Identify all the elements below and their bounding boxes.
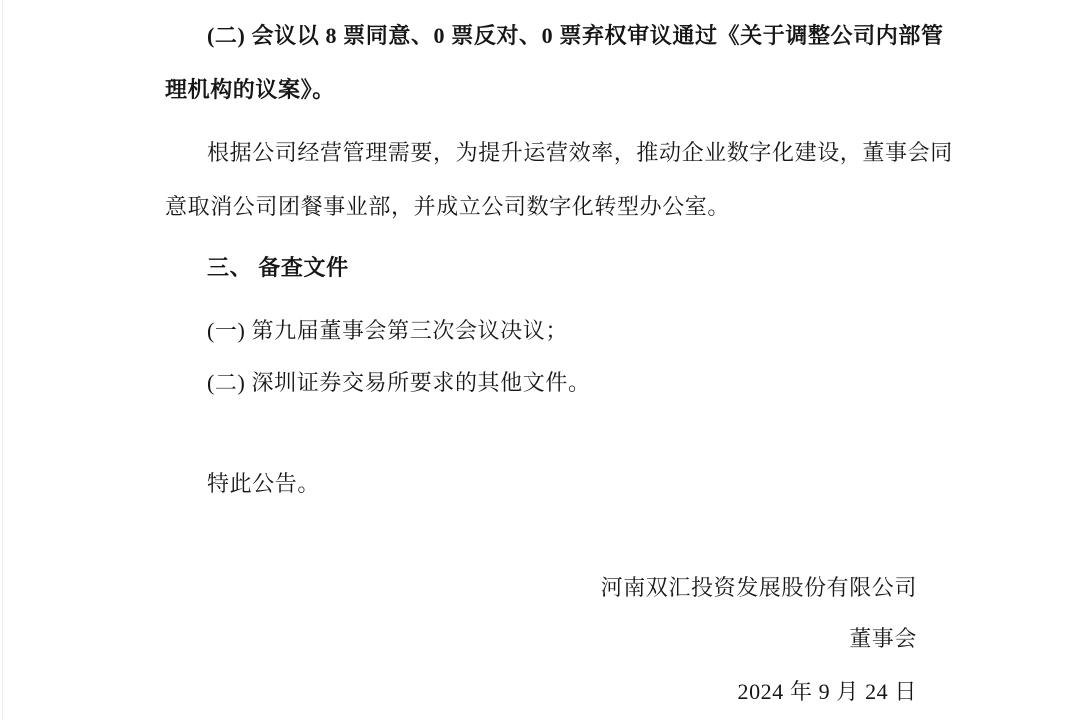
closing-statement: 特此公告。 (207, 470, 320, 498)
reference-item-2: (二) 深圳证券交易所要求的其他文件。 (207, 369, 591, 397)
signature-company-name: 河南双汇投资发展股份有限公司 (601, 574, 917, 602)
signature-board-of-directors: 董事会 (849, 625, 917, 653)
reference-item-1: (一) 第九届董事会第三次会议决议； (207, 317, 568, 345)
resolution-paragraph-line-1: (二) 会议以 8 票同意、0 票反对、0 票弃权审议通过《关于调整公司内部管 (207, 22, 944, 50)
explanation-paragraph-line-1: 根据公司经营管理需要，为提升运营效率，推动企业数字化建设，董事会同 (207, 139, 953, 167)
resolution-paragraph-line-2: 理机构的议案》。 (165, 76, 335, 104)
document-page: (二) 会议以 8 票同意、0 票反对、0 票弃权审议通过《关于调整公司内部管 … (0, 0, 1080, 720)
page-left-edge-divider (2, 0, 3, 720)
signature-date: 2024 年 9 月 24 日 (737, 678, 917, 706)
explanation-paragraph-line-2: 意取消公司团餐事业部，并成立公司数字化转型办公室。 (165, 193, 730, 221)
section-heading-reference-documents: 三、 备查文件 (207, 254, 349, 282)
